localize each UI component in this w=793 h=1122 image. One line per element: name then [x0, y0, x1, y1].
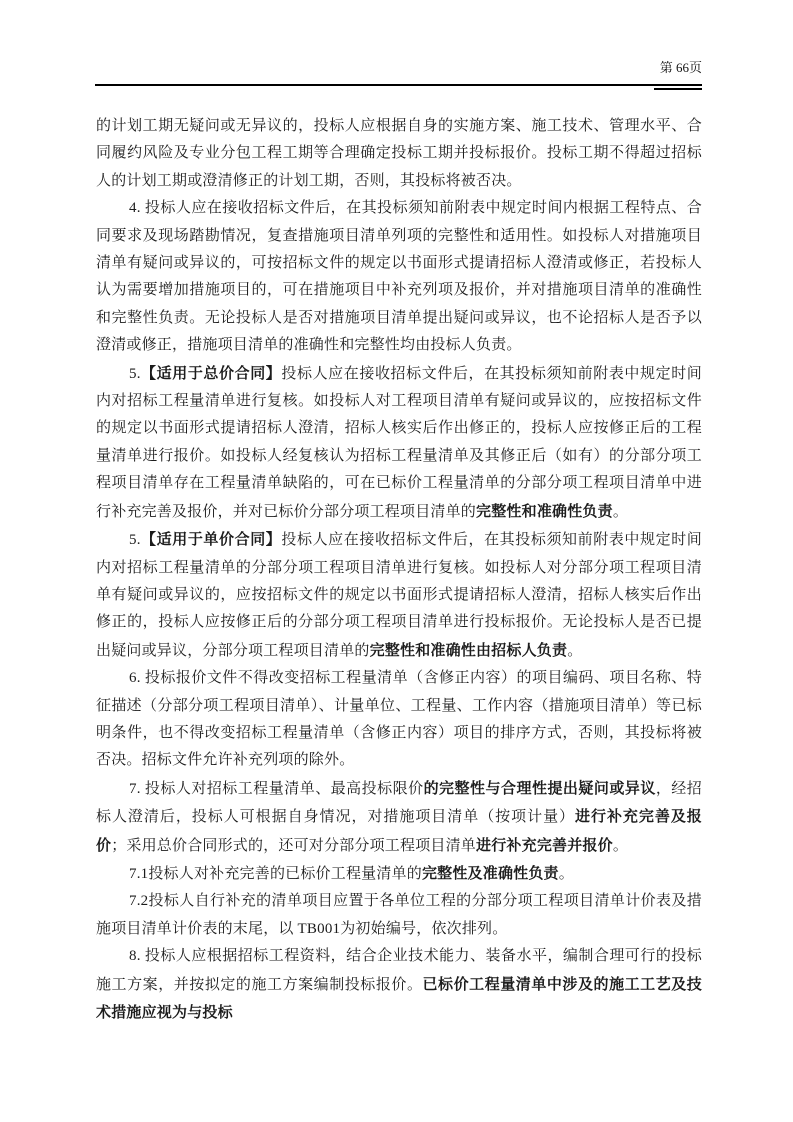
document-page: 第 66页 的计划工期无疑问或无异议的，投标人应根据自身的实施方案、施工技术、管…: [0, 0, 793, 1122]
text-run: 7. 投标人对招标工程量清单、最高投标限价: [129, 781, 424, 797]
header-rule: [95, 84, 702, 86]
text-run: 7.2投标人自行补充的清单项目应置于各单位工程的分部分项工程项目清单计价表及措施…: [96, 893, 702, 936]
text-run: 投标人应在接收招标文件后，在其投标须知前附表中规定时间内对招标工程量清单的分部分…: [96, 532, 702, 659]
text-run: ；采用总价合同形式的，还可对分部分项工程项目清单: [111, 838, 476, 854]
text-run: 。: [613, 504, 628, 520]
paragraph-item-6: 6. 投标报价文件不得改变招标工程量清单（含修正内容）的项目编码、项目名称、特征…: [96, 665, 702, 775]
paragraph-item-5-lump-sum: 5.【适用于总价合同】投标人应在接收招标文件后，在其投标须知前附表中规定时间内对…: [96, 360, 702, 526]
page-number: 第 66页: [660, 60, 702, 75]
bold-text-run: 【适用于总价合同】: [141, 365, 282, 382]
bold-text-run: 进行补充完善并报价: [476, 837, 613, 854]
paragraph-continuation: 的计划工期无疑问或无异议的，投标人应根据自身的实施方案、施工技术、管理水平、合同…: [96, 113, 702, 195]
text-run: 。: [559, 866, 574, 882]
paragraph-item-4: 4. 投标人应在接收招标文件后，在其投标须知前附表中规定时间内根据工程特点、合同…: [96, 195, 702, 359]
page-header: 第 66页: [95, 58, 702, 78]
text-run: 的计划工期无疑问或无异议的，投标人应根据自身的实施方案、施工技术、管理水平、合同…: [96, 118, 702, 189]
text-run: 5.: [129, 366, 141, 382]
bold-text-run: 完整性及准确性负责: [422, 865, 559, 882]
bold-text-run: 完整性和准确性由招标人负责: [370, 642, 568, 659]
text-run: 投标人应在接收招标文件后，在其投标须知前附表中规定时间内对招标工程量清单进行复核…: [96, 366, 702, 520]
paragraph-item-5-unit-price: 5.【适用于单价合同】投标人应在接收招标文件后，在其投标须知前附表中规定时间内对…: [96, 526, 702, 665]
bold-text-run: 完整性和准确性负责: [476, 503, 613, 520]
text-run: 5.: [129, 532, 141, 548]
text-run: 7.1投标人对补充完善的已标价工程量清单的: [129, 866, 422, 882]
paragraph-item-7: 7. 投标人对招标工程量清单、最高投标限价的完整性与合理性提出疑问或异议，经招标…: [96, 775, 702, 860]
text-run: 6. 投标报价文件不得改变招标工程量清单（含修正内容）的项目编码、项目名称、特征…: [96, 670, 702, 768]
text-run: 4. 投标人应在接收招标文件后，在其投标须知前附表中规定时间内根据工程特点、合同…: [96, 200, 702, 353]
document-body: 的计划工期无疑问或无异议的，投标人应根据自身的实施方案、施工技术、管理水平、合同…: [96, 113, 702, 1027]
text-run: 。: [567, 643, 582, 659]
paragraph-item-8: 8. 投标人应根据招标工程资料，结合企业技术能力、装备水平，编制合理可行的投标施…: [96, 943, 702, 1027]
text-run: 。: [613, 838, 628, 854]
bold-text-run: 【适用于单价合同】: [141, 531, 282, 548]
page-number-underline: [654, 88, 702, 90]
paragraph-item-7-1: 7.1投标人对补充完善的已标价工程量清单的完整性及准确性负责。: [96, 860, 702, 888]
bold-text-run: 的完整性与合理性提出疑问或异议: [424, 780, 656, 797]
paragraph-item-7-2: 7.2投标人自行补充的清单项目应置于各单位工程的分部分项工程项目清单计价表及措施…: [96, 888, 702, 943]
